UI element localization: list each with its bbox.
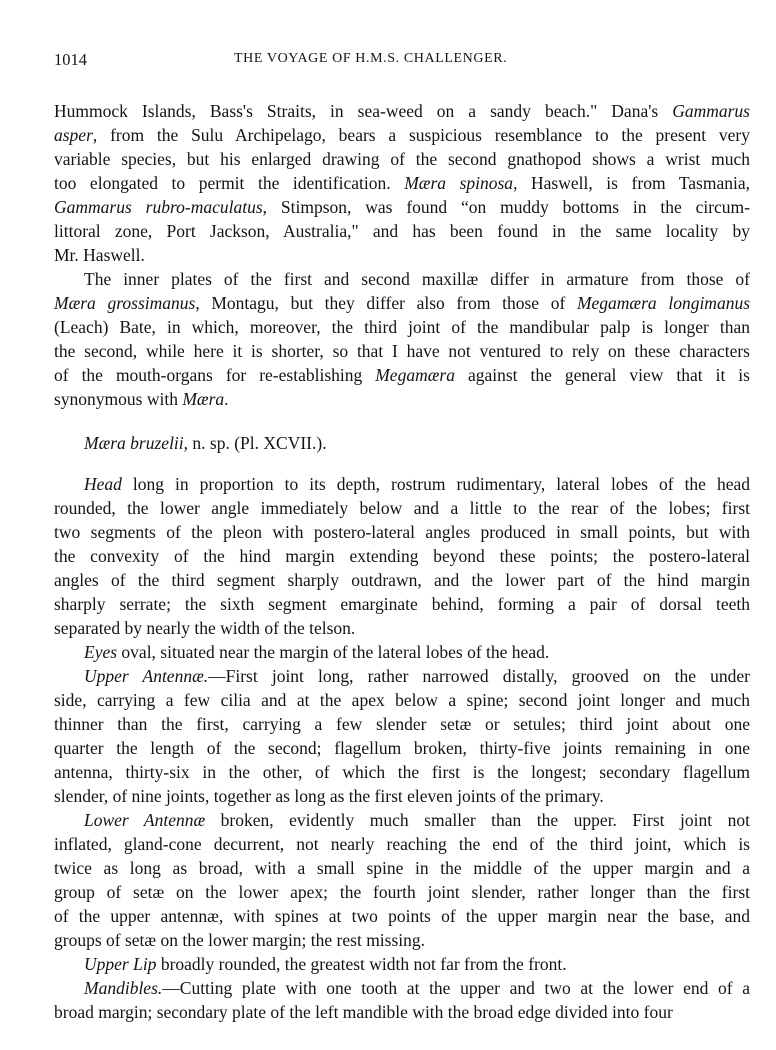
- running-title: THE VOYAGE OF H.M.S. CHALLENGER.: [234, 51, 507, 67]
- text-run: groups of setæ on the lower margin; the …: [54, 930, 425, 950]
- text-run: inflated, gland-cone decurrent, not near…: [54, 834, 750, 854]
- text-run: separated by nearly the width of the tel…: [54, 618, 355, 638]
- page-number: 1014: [54, 50, 87, 70]
- text-run: .: [224, 389, 228, 409]
- p-upper-lip-line: Upper Lip broadly rounded, the greatest …: [84, 953, 750, 975]
- text-run: long in proportion to its depth, rostrum…: [122, 474, 750, 494]
- text-run: twice as long as broad, with a small spi…: [54, 858, 750, 878]
- p-eyes-line: Eyes oval, situated near the margin of t…: [84, 641, 750, 663]
- text-run: the convexity of the hind margin extendi…: [54, 546, 750, 566]
- p-upper-antennae-line: Upper Antennæ.—First joint long, rather …: [84, 665, 750, 687]
- p-upper-antennae-line: thinner than the first, carrying a few s…: [54, 713, 750, 735]
- text-run: rounded, the lower angle immediately bel…: [54, 498, 750, 518]
- p-lower-antennae-line: Lower Antennæ broken, evidently much sma…: [84, 809, 750, 831]
- p-lower-antennae-line: inflated, gland-cone decurrent, not near…: [54, 833, 750, 855]
- text-run: littoral zone, Port Jackson, Australia,"…: [54, 221, 750, 241]
- p-head-line: sharply serrate; the sixth segment emarg…: [54, 593, 750, 615]
- italic-term: Megamæra: [375, 365, 455, 385]
- p-head-line: the convexity of the hind margin extendi…: [54, 545, 750, 567]
- text-run: , from the Sulu Archipelago, bears a sus…: [93, 125, 750, 145]
- text-run: —Cutting plate with one tooth at the upp…: [162, 978, 750, 998]
- text-run: Hummock Islands, Bass's Straits, in sea-…: [54, 101, 672, 121]
- p-mandibles-line: broad margin; secondary plate of the lef…: [54, 1001, 750, 1023]
- p-upper-antennae-line: antenna, thirty-six in the other, of whi…: [54, 761, 750, 783]
- text-run: of the upper antennæ, with spines at two…: [54, 906, 750, 926]
- text-run: two segments of the pleon with postero-l…: [54, 522, 750, 542]
- text-run: Mr. Haswell.: [54, 245, 145, 265]
- text-run: thinner than the first, carrying a few s…: [54, 714, 750, 734]
- page-header: 1014 THE VOYAGE OF H.M.S. CHALLENGER.: [54, 50, 750, 74]
- text-run: the second, while here it is shorter, so…: [54, 341, 750, 361]
- text-run: —First joint long, rather narrowed dista…: [208, 666, 750, 686]
- p2-line: the second, while here it is shorter, so…: [54, 340, 750, 362]
- italic-term: Mæra: [182, 389, 224, 409]
- p1-line: Gammarus rubro-maculatus, Stimpson, was …: [54, 196, 750, 218]
- italic-term: Mæra grossimanus: [54, 293, 195, 313]
- text-run: against the general view that it is: [455, 365, 750, 385]
- text-run: group of setæ on the lower apex; the fou…: [54, 882, 750, 902]
- document-page: 1014 THE VOYAGE OF H.M.S. CHALLENGER. Hu…: [0, 0, 776, 1050]
- p2-line: of the mouth-organs for re-establishing …: [54, 364, 750, 386]
- italic-term: Upper Lip: [84, 954, 156, 974]
- italic-term: asper: [54, 125, 93, 145]
- italic-term: Mæra bruzelii: [84, 433, 184, 453]
- text-run: of the mouth-organs for re-establishing: [54, 365, 375, 385]
- italic-term: Megamæra longimanus: [577, 293, 750, 313]
- p-mandibles-line: Mandibles.—Cutting plate with one tooth …: [84, 977, 750, 999]
- p2-line: The inner plates of the first and second…: [84, 268, 750, 290]
- text-run: side, carrying a few cilia and at the ap…: [54, 690, 750, 710]
- text-run: (Leach) Bate, in which, moreover, the th…: [54, 317, 750, 337]
- italic-term: Gammarus rubro-maculatus: [54, 197, 263, 217]
- p-head-line: Head long in proportion to its depth, ro…: [84, 473, 750, 495]
- p-upper-antennae-line: side, carrying a few cilia and at the ap…: [54, 689, 750, 711]
- text-run: slender, of nine joints, together as lon…: [54, 786, 604, 806]
- text-run: , Stimpson, was found “on muddy bottoms …: [263, 197, 750, 217]
- p-upper-antennae-line: quarter the length of the second; flagel…: [54, 737, 750, 759]
- p-head-line: angles of the third segment sharply outd…: [54, 569, 750, 591]
- italic-term: Mandibles.: [84, 978, 162, 998]
- species-heading-line: Mæra bruzelii, n. sp. (Pl. XCVII.).: [84, 432, 750, 454]
- text-run: angles of the third segment sharply outd…: [54, 570, 750, 590]
- text-run: synonymous with: [54, 389, 182, 409]
- text-run: quarter the length of the second; flagel…: [54, 738, 750, 758]
- italic-term: Gammarus: [672, 101, 750, 121]
- p-head-line: two segments of the pleon with postero-l…: [54, 521, 750, 543]
- p-head-line: rounded, the lower angle immediately bel…: [54, 497, 750, 519]
- text-run: broadly rounded, the greatest width not …: [156, 954, 566, 974]
- p-lower-antennae-line: group of setæ on the lower apex; the fou…: [54, 881, 750, 903]
- text-run: antenna, thirty-six in the other, of whi…: [54, 762, 750, 782]
- text-run: too elongated to permit the identificati…: [54, 173, 404, 193]
- text-run: , Haswell, is from Tasmania,: [513, 173, 750, 193]
- text-run: oval, situated near the margin of the la…: [117, 642, 549, 662]
- text-run: The inner plates of the first and second…: [84, 269, 750, 289]
- text-run: , Montagu, but they differ also from tho…: [195, 293, 577, 313]
- p-lower-antennae-line: groups of setæ on the lower margin; the …: [54, 929, 750, 951]
- text-run: variable species, but his enlarged drawi…: [54, 149, 750, 169]
- p2-line: Mæra grossimanus, Montagu, but they diff…: [54, 292, 750, 314]
- p1-line: too elongated to permit the identificati…: [54, 172, 750, 194]
- italic-term: Lower Antennæ: [84, 810, 205, 830]
- p-lower-antennae-line: of the upper antennæ, with spines at two…: [54, 905, 750, 927]
- italic-term: Upper Antennæ.: [84, 666, 208, 686]
- p1-line: Hummock Islands, Bass's Straits, in sea-…: [54, 100, 750, 122]
- p2-line: synonymous with Mæra.: [54, 388, 750, 410]
- italic-term: Eyes: [84, 642, 117, 662]
- text-run: , n. sp. (Pl. XCVII.).: [184, 433, 327, 453]
- text-run: sharply serrate; the sixth segment emarg…: [54, 594, 750, 614]
- p1-line: littoral zone, Port Jackson, Australia,"…: [54, 220, 750, 242]
- p-upper-antennae-line: slender, of nine joints, together as lon…: [54, 785, 750, 807]
- p1-line: variable species, but his enlarged drawi…: [54, 148, 750, 170]
- text-run: broken, evidently much smaller than the …: [205, 810, 750, 830]
- p-head-line: separated by nearly the width of the tel…: [54, 617, 750, 639]
- italic-term: Mæra spinosa: [404, 173, 513, 193]
- p1-line: Mr. Haswell.: [54, 244, 750, 266]
- p-lower-antennae-line: twice as long as broad, with a small spi…: [54, 857, 750, 879]
- p2-line: (Leach) Bate, in which, moreover, the th…: [54, 316, 750, 338]
- text-run: broad margin; secondary plate of the lef…: [54, 1002, 673, 1022]
- p1-line: asper, from the Sulu Archipelago, bears …: [54, 124, 750, 146]
- italic-term: Head: [84, 474, 122, 494]
